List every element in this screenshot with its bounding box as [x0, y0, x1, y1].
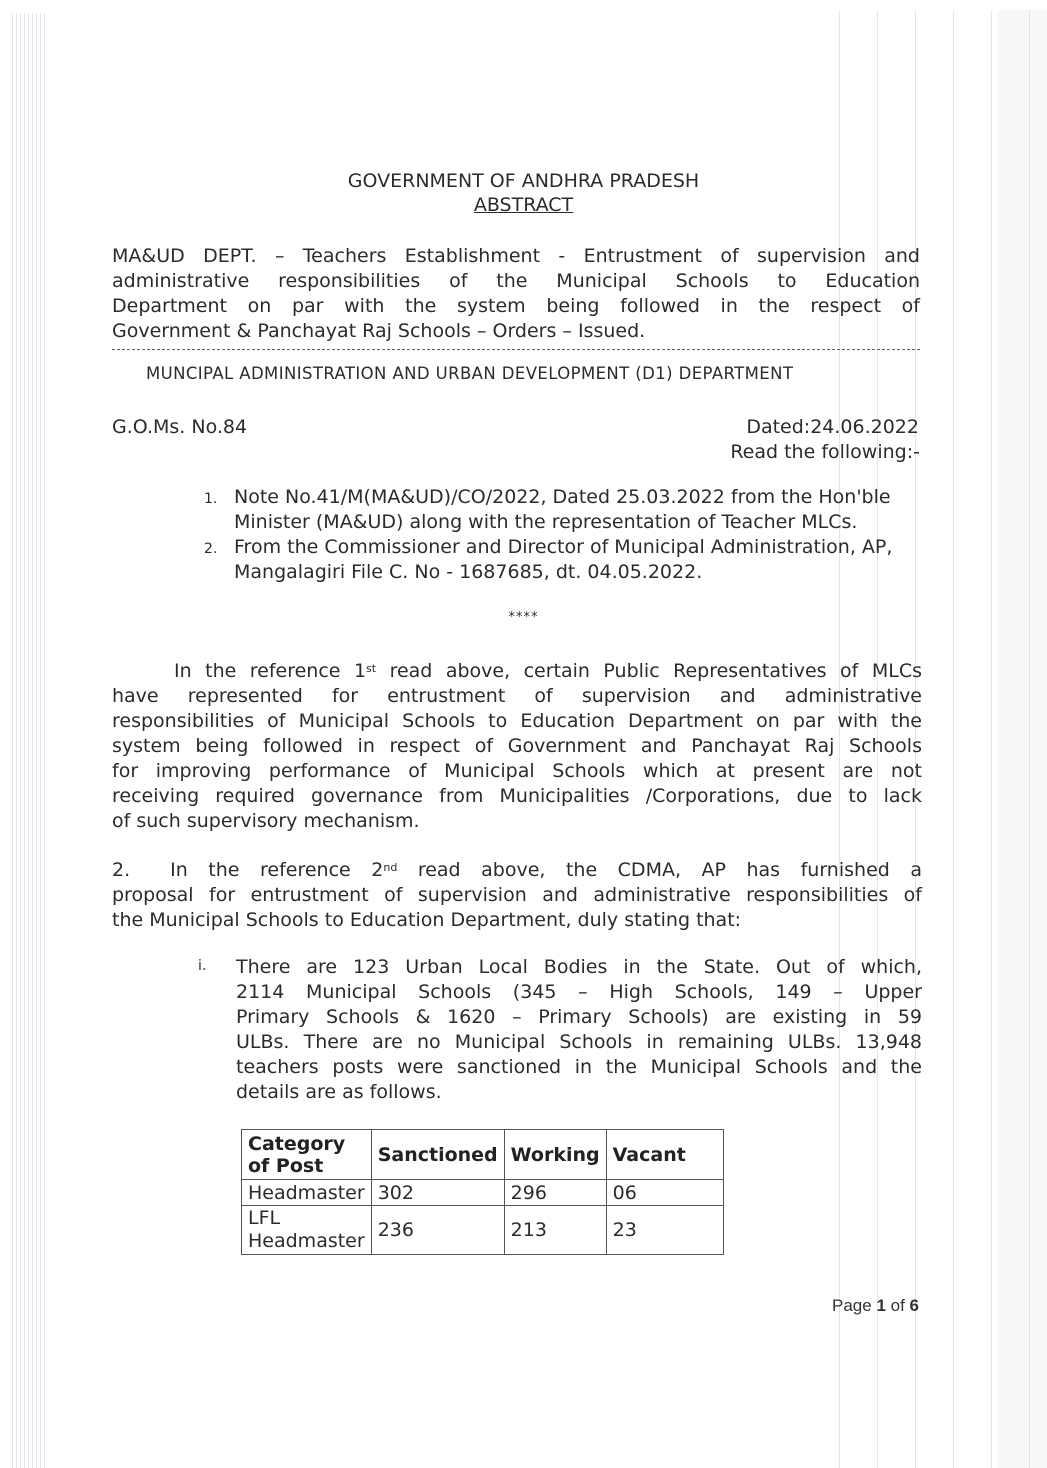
- dashed-divider: [112, 349, 920, 350]
- table-row: Headmaster 302 296 06: [242, 1180, 724, 1206]
- subject-line: Department on par with the system being …: [112, 294, 920, 319]
- subject-line: administrative responsibilities of the M…: [112, 269, 920, 294]
- subject-line: Government & Panchayat Raj Schools – Ord…: [112, 319, 920, 344]
- cell-vacant: 06: [606, 1180, 723, 1206]
- point-line: 2114 Municipal Schools (345 – High Schoo…: [236, 980, 922, 1005]
- table-row: LFL Headmaster 236 213 23: [242, 1206, 724, 1255]
- section-separator: ****: [0, 610, 1047, 625]
- paragraph-line: of such supervisory mechanism.: [112, 809, 922, 834]
- page-number: Page 1 of 6: [832, 1296, 919, 1316]
- cell-working: 213: [504, 1206, 606, 1255]
- cell-sanctioned: 302: [371, 1180, 504, 1206]
- header-category: Category of Post: [242, 1130, 372, 1180]
- cell-working: 296: [504, 1180, 606, 1206]
- paragraph-1: In the reference 1st read above, certain…: [112, 659, 922, 834]
- government-heading: GOVERNMENT OF ANDHRA PRADESH: [0, 170, 1047, 192]
- subject-block: MA&UD DEPT. – Teachers Establishment - E…: [112, 244, 920, 344]
- paragraph-line: the Municipal Schools to Education Depar…: [112, 908, 922, 933]
- reference-number: 2.: [204, 537, 217, 562]
- paragraph-line: proposal for entrustment of supervision …: [112, 883, 922, 908]
- cell-category: Headmaster: [242, 1180, 372, 1206]
- subject-line: MA&UD DEPT. – Teachers Establishment - E…: [112, 244, 920, 269]
- reference-item: 1. Note No.41/M(MA&UD)/CO/2022, Dated 25…: [198, 485, 928, 535]
- paragraph-2: 2.In the reference 2nd read above, the C…: [112, 858, 922, 933]
- point-line: teachers posts were sanctioned in the Mu…: [236, 1055, 922, 1080]
- document-page: GOVERNMENT OF ANDHRA PRADESH ABSTRACT MA…: [0, 0, 1047, 1468]
- header-sanctioned: Sanctioned: [371, 1130, 504, 1180]
- paragraph-line: In the reference 1st read above, certain…: [112, 659, 922, 684]
- reference-number: 1.: [204, 487, 217, 512]
- department-name: MUNCIPAL ADMINISTRATION AND URBAN DEVELO…: [146, 364, 793, 383]
- reference-text: Note No.41/M(MA&UD)/CO/2022, Dated 25.03…: [234, 486, 891, 533]
- paragraph-line: 2.In the reference 2nd read above, the C…: [112, 858, 922, 883]
- table-header-row: Category of Post Sanctioned Working Vaca…: [242, 1130, 724, 1180]
- go-number: G.O.Ms. No.84: [112, 416, 247, 438]
- cell-sanctioned: 236: [371, 1206, 504, 1255]
- point-line: ULBs. There are no Municipal Schools in …: [236, 1030, 922, 1055]
- point-line: details are as follows.: [236, 1080, 922, 1105]
- header-vacant: Vacant: [606, 1130, 723, 1180]
- order-date: Dated:24.06.2022: [746, 416, 919, 438]
- point-line: There are 123 Urban Local Bodies in the …: [236, 955, 922, 980]
- paragraph-line: system being followed in respect of Gove…: [112, 734, 922, 759]
- read-following-label: Read the following:-: [730, 441, 920, 463]
- reference-text: From the Commissioner and Director of Mu…: [234, 536, 892, 583]
- point-line: Primary Schools & 1620 – Primary Schools…: [236, 1005, 922, 1030]
- abstract-heading: ABSTRACT: [0, 194, 1047, 216]
- cell-vacant: 23: [606, 1206, 723, 1255]
- point-i-text: There are 123 Urban Local Bodies in the …: [236, 955, 922, 1105]
- teacher-posts-table: Category of Post Sanctioned Working Vaca…: [241, 1129, 724, 1255]
- references-list: 1. Note No.41/M(MA&UD)/CO/2022, Dated 25…: [198, 485, 928, 585]
- cell-category: LFL Headmaster: [242, 1206, 372, 1255]
- paragraph-line: responsibilities of Municipal Schools to…: [112, 709, 922, 734]
- paragraph-number: 2.: [112, 859, 130, 881]
- paragraph-line: have represented for entrustment of supe…: [112, 684, 922, 709]
- paragraph-line: for improving performance of Municipal S…: [112, 759, 922, 784]
- paragraph-line: receiving required governance from Munic…: [112, 784, 922, 809]
- header-working: Working: [504, 1130, 606, 1180]
- reference-item: 2. From the Commissioner and Director of…: [198, 535, 928, 585]
- point-marker: i.: [198, 958, 206, 974]
